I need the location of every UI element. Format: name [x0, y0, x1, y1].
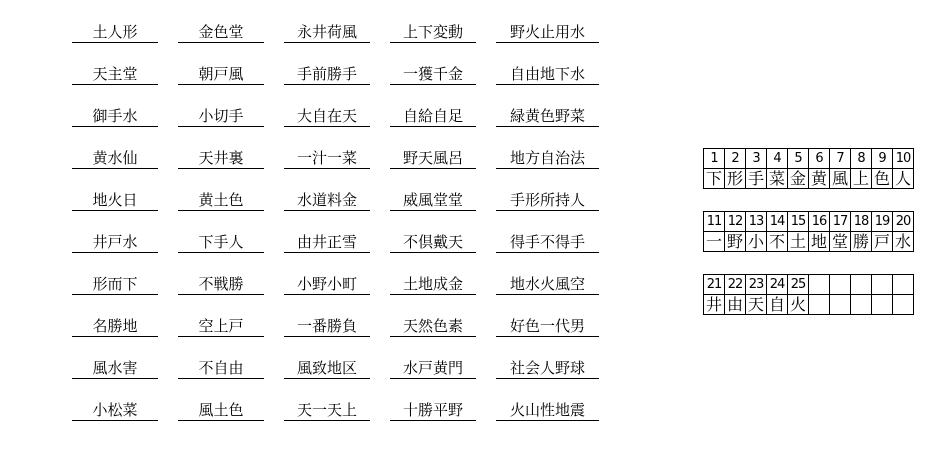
grid-number-cell: 12: [725, 212, 746, 232]
grid-number-cell: 17: [830, 212, 851, 232]
word-entry: 天井裏: [178, 127, 264, 169]
grid-number-cell: 1: [704, 149, 725, 169]
grid-char-cell: 上: [851, 169, 872, 189]
grid-char-cell: 火: [788, 295, 809, 315]
word-entry: 水戸黄門: [390, 337, 476, 379]
word-entry: 地火日: [72, 169, 158, 211]
grid-char-cell: [872, 295, 893, 315]
word-entry: 野天風呂: [390, 127, 476, 169]
grid-number-cell: [809, 275, 830, 295]
grid-char-cell: 水: [893, 232, 914, 252]
grid-number-cell: 3: [746, 149, 767, 169]
grid-char-cell: 一: [704, 232, 725, 252]
word-entry: 黄水仙: [72, 127, 158, 169]
grid-char-row: 下形手菜金黄風上色人: [704, 169, 914, 189]
word-entry: 空上戸: [178, 295, 264, 337]
grid-number-cell: [872, 275, 893, 295]
word-entry: 不倶戴天: [390, 211, 476, 253]
word-entry: 金色堂: [178, 1, 264, 43]
grid-char-cell: 菜: [767, 169, 788, 189]
grid-number-cell: 9: [872, 149, 893, 169]
word-entry: 朝戸風: [178, 43, 264, 85]
word-entry: 形而下: [72, 253, 158, 295]
grid-char-cell: 風: [830, 169, 851, 189]
grid-char-cell: [809, 295, 830, 315]
word-entry: 十勝平野: [390, 379, 476, 421]
word-entry: 天一天上: [284, 379, 370, 421]
word-entry: 地水火風空: [496, 253, 599, 295]
grid-char-cell: 黄: [809, 169, 830, 189]
word-entry: 黄土色: [178, 169, 264, 211]
grid-char-row: 一野小不土地堂勝戸水: [704, 232, 914, 252]
grid-number-cell: [893, 275, 914, 295]
grid-number-cell: 24: [767, 275, 788, 295]
grid-char-row: 井由天自火: [704, 295, 914, 315]
word-entry: 火山性地震: [496, 379, 599, 421]
grid-char-cell: 金: [788, 169, 809, 189]
grid-number-cell: 25: [788, 275, 809, 295]
word-entry: 風水害: [72, 337, 158, 379]
word-entry: 地方自治法: [496, 127, 599, 169]
grid-number-cell: 5: [788, 149, 809, 169]
grid-number-cell: 22: [725, 275, 746, 295]
grid-number-cell: 8: [851, 149, 872, 169]
grid-char-cell: 形: [725, 169, 746, 189]
grid-number-cell: 14: [767, 212, 788, 232]
word-entry: 自給自足: [390, 85, 476, 127]
word-entry: 緑黄色野菜: [496, 85, 599, 127]
grid-number-cell: 19: [872, 212, 893, 232]
grid-char-cell: [893, 295, 914, 315]
grid-number-row: 12345678910: [704, 149, 914, 169]
grid-number-cell: 7: [830, 149, 851, 169]
word-entry: 威風堂堂: [390, 169, 476, 211]
grid-char-cell: [851, 295, 872, 315]
grid-number-cell: 16: [809, 212, 830, 232]
word-entry: 不戦勝: [178, 253, 264, 295]
grid-number-row: 2122232425: [704, 275, 914, 295]
grid-char-cell: 土: [788, 232, 809, 252]
answer-grid: 11121314151617181920一野小不土地堂勝戸水: [703, 211, 914, 252]
grid-number-cell: [851, 275, 872, 295]
word-entry: 風土色: [178, 379, 264, 421]
word-entry: 土人形: [72, 1, 158, 43]
word-entry: 一獲千金: [390, 43, 476, 85]
word-entry: 大自在天: [284, 85, 370, 127]
word-entry: 社会人野球: [496, 337, 599, 379]
word-entry: 天主堂: [72, 43, 158, 85]
grid-number-cell: 10: [893, 149, 914, 169]
word-entry: 好色一代男: [496, 295, 599, 337]
word-entry: 名勝地: [72, 295, 158, 337]
word-entry: 天然色素: [390, 295, 476, 337]
grid-char-cell: 野: [725, 232, 746, 252]
word-entry: 水道料金: [284, 169, 370, 211]
grid-char-cell: 不: [767, 232, 788, 252]
answer-grid: 2122232425井由天自火: [703, 274, 914, 315]
word-entry: 手前勝手: [284, 43, 370, 85]
grid-number-cell: 20: [893, 212, 914, 232]
grid-number-row: 11121314151617181920: [704, 212, 914, 232]
word-entry: 土地成金: [390, 253, 476, 295]
word-entry: 小切手: [178, 85, 264, 127]
grid-number-cell: 15: [788, 212, 809, 232]
grid-char-cell: 勝: [851, 232, 872, 252]
grid-char-cell: 色: [872, 169, 893, 189]
grid-number-cell: 2: [725, 149, 746, 169]
grid-char-cell: 自: [767, 295, 788, 315]
answer-grid: 12345678910下形手菜金黄風上色人: [703, 148, 914, 189]
word-entry: 不自由: [178, 337, 264, 379]
grid-char-cell: 小: [746, 232, 767, 252]
word-entry: 小松菜: [72, 379, 158, 421]
word-entry: 得手不得手: [496, 211, 599, 253]
word-entry: 手形所持人: [496, 169, 599, 211]
grid-char-cell: 由: [725, 295, 746, 315]
grid-number-cell: 4: [767, 149, 788, 169]
grid-char-cell: 戸: [872, 232, 893, 252]
grid-number-cell: 13: [746, 212, 767, 232]
grid-number-cell: 11: [704, 212, 725, 232]
word-entry: 野火止用水: [496, 1, 599, 43]
grid-char-cell: [830, 295, 851, 315]
word-entry: 井戸水: [72, 211, 158, 253]
word-entry: 御手水: [72, 85, 158, 127]
word-entry: 一汁一菜: [284, 127, 370, 169]
grid-char-cell: 堂: [830, 232, 851, 252]
grid-number-cell: 21: [704, 275, 725, 295]
word-entry: 風致地区: [284, 337, 370, 379]
grid-char-cell: 井: [704, 295, 725, 315]
grid-char-cell: 人: [893, 169, 914, 189]
grid-char-cell: 地: [809, 232, 830, 252]
word-entry: 上下変動: [390, 1, 476, 43]
grid-number-cell: [830, 275, 851, 295]
word-entry: 下手人: [178, 211, 264, 253]
word-entry: 小野小町: [284, 253, 370, 295]
grid-char-cell: 下: [704, 169, 725, 189]
grid-char-cell: 天: [746, 295, 767, 315]
word-entry: 永井荷風: [284, 1, 370, 43]
grid-number-cell: 6: [809, 149, 830, 169]
grid-number-cell: 23: [746, 275, 767, 295]
word-entry: 自由地下水: [496, 43, 599, 85]
word-entry: 由井正雪: [284, 211, 370, 253]
grid-char-cell: 手: [746, 169, 767, 189]
word-entry: 一番勝負: [284, 295, 370, 337]
grid-number-cell: 18: [851, 212, 872, 232]
